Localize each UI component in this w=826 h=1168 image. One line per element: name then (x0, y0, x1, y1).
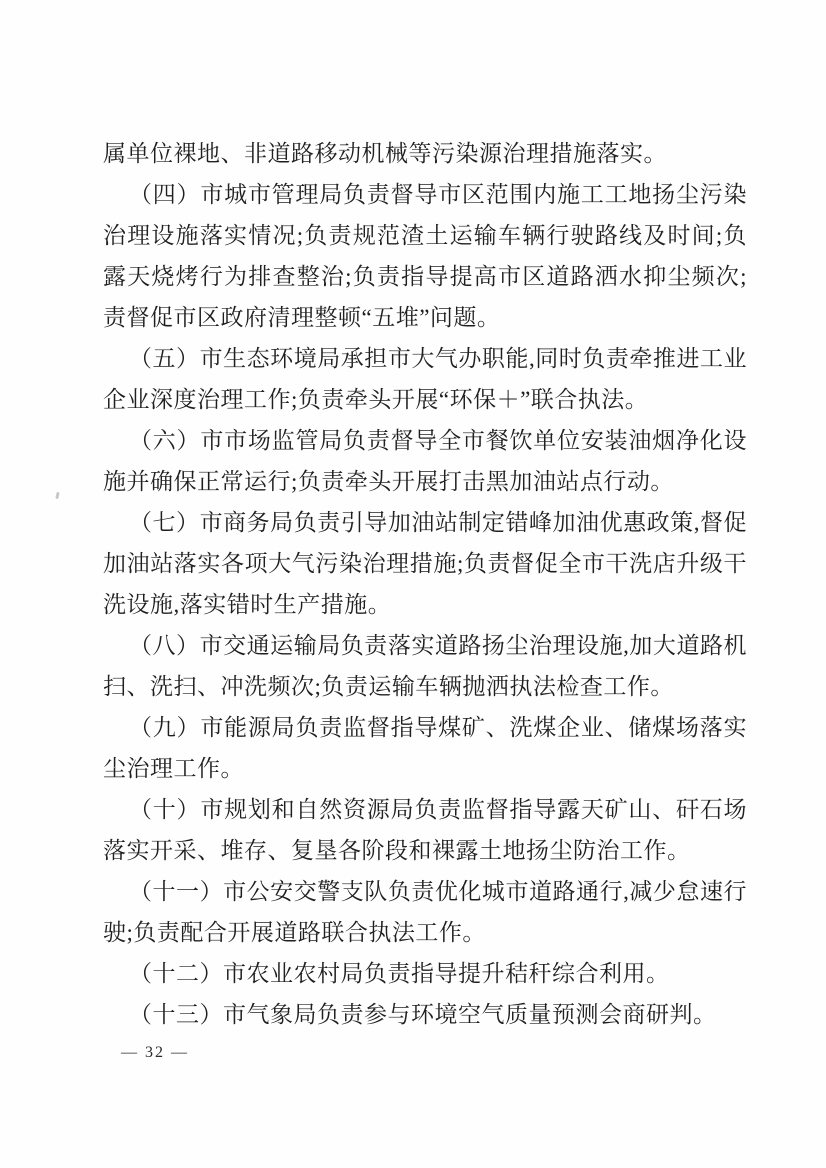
text-line: 施并确保正常运行;负责牵头开展打击黑加油站点行动。 (103, 461, 747, 502)
text-line: 治理设施落实情况;负责规范渣土运输车辆行驶路线及时间;负责 (103, 215, 747, 256)
page-number: — 32 — (121, 1042, 189, 1064)
text-line: （十）市规划和自然资源局负责监督指导露天矿山、矸石场等 (103, 789, 747, 830)
text-line: 扫、洗扫、冲洗频次;负责运输车辆抛洒执法检查工作。 (103, 666, 747, 707)
text-line: 企业深度治理工作;负责牵头开展“环保＋”联合执法。 (103, 379, 747, 420)
text-line: （十一）市公安交警支队负责优化城市道路通行,减少怠速行 (103, 871, 747, 912)
text-line: 尘治理工作。 (103, 748, 747, 789)
text-line: 洗设施,落实错时生产措施。 (103, 584, 747, 625)
text-line: （十二）市农业农村局负责指导提升秸秆综合利用。 (103, 953, 747, 994)
text-line: （五）市生态环境局承担市大气办职能,同时负责牵推进工业 (103, 338, 747, 379)
text-line: 驶;负责配合开展道路联合执法工作。 (103, 912, 747, 953)
text-line: 加油站落实各项大气污染治理措施;负责督促全市干洗店升级干 (103, 543, 747, 584)
text-line: 属单位裸地、非道路移动机械等污染源治理措施落实。 (103, 133, 747, 174)
text-line: 落实开采、堆存、复垦各阶段和裸露土地扬尘防治工作。 (103, 830, 747, 871)
document-page: 属单位裸地、非道路移动机械等污染源治理措施落实。 （四）市城市管理局负责督导市区… (0, 0, 826, 1168)
text-line: （六）市市场监管局负责督导全市餐饮单位安装油烟净化设 (103, 420, 747, 461)
text-line: （八）市交通运输局负责落实道路扬尘治理设施,加大道路机 (103, 625, 747, 666)
document-body: 属单位裸地、非道路移动机械等污染源治理措施落实。 （四）市城市管理局负责督导市区… (103, 133, 747, 1035)
text-line: 露天烧烤行为排查整治;负责指导提高市区道路洒水抑尘频次;负 (103, 256, 747, 297)
text-line: （四）市城市管理局负责督导市区范围内施工工地扬尘污染 (103, 174, 747, 215)
scan-artifact (55, 492, 59, 499)
text-line: 责督促市区政府清理整顿“五堆”问题。 (103, 297, 747, 338)
text-line: （七）市商务局负责引导加油站制定错峰加油优惠政策,督促 (103, 502, 747, 543)
text-line: （九）市能源局负责监督指导煤矿、洗煤企业、储煤场落实扬 (103, 707, 747, 748)
text-line: （十三）市气象局负责参与环境空气质量预测会商研判。 (103, 994, 747, 1035)
